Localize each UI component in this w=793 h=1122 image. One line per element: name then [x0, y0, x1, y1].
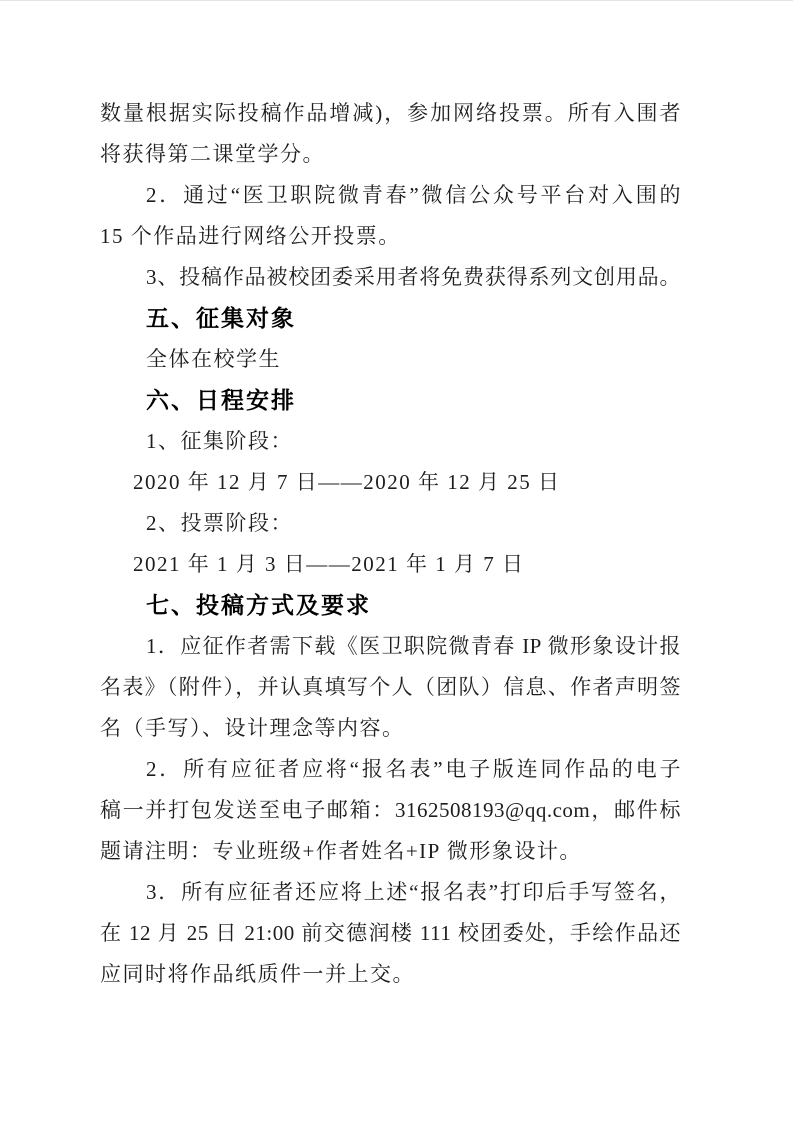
doc-line: 名（手写）、设计理念等内容。 [100, 708, 681, 749]
doc-line: 题请注明：专业班级+作者姓名+IP 微形象设计。 [100, 831, 681, 872]
doc-line-collection-phase-label: 1、征集阶段： [100, 421, 681, 462]
doc-line-item-3: 3、投稿作品被校团委采用者将免费获得系列文创用品。 [100, 257, 681, 298]
doc-line: 名表》（附件），并认真填写个人（团队）信息、作者声明签 [100, 667, 681, 708]
doc-line-deadline: 在 12 月 25 日 21:00 前交德润楼 111 校团委处，手绘作品还 [100, 913, 681, 954]
doc-line-item-2: 2．通过“医卫职院微青春”微信公众号平台对入围的 [100, 175, 681, 216]
document-page: 数量根据实际投稿作品增减)，参加网络投票。所有入围者 将获得第二课堂学分。 2．… [0, 0, 793, 1122]
doc-line: 将获得第二课堂学分。 [100, 134, 681, 175]
doc-line-requirement-3: 3．所有应征者还应将上述“报名表”打印后手写签名， [100, 872, 681, 913]
doc-line: 数量根据实际投稿作品增减)，参加网络投票。所有入围者 [100, 93, 681, 134]
section-heading-collection-target: 五、征集对象 [100, 298, 681, 339]
document-text-column: 数量根据实际投稿作品增减)，参加网络投票。所有入围者 将获得第二课堂学分。 2．… [100, 93, 681, 995]
section-heading-submission-requirements: 七、投稿方式及要求 [100, 585, 681, 626]
section-heading-schedule: 六、日程安排 [100, 380, 681, 421]
doc-line-requirement-2: 2．所有应征者应将“报名表”电子版连同作品的电子 [100, 749, 681, 790]
doc-line-voting-phase-label: 2、投票阶段： [100, 503, 681, 544]
doc-line-target-audience: 全体在校学生 [100, 339, 681, 380]
doc-line: 15 个作品进行网络公开投票。 [100, 216, 681, 257]
doc-line-requirement-1: 1．应征作者需下载《医卫职院微青春 IP 微形象设计报 [100, 626, 681, 667]
doc-line-email: 稿一并打包发送至电子邮箱：3162508193@qq.com，邮件标 [100, 790, 681, 831]
doc-line-voting-phase-dates: 2021 年 1 月 3 日——2021 年 1 月 7 日 [100, 544, 681, 585]
doc-line-collection-phase-dates: 2020 年 12 月 7 日——2020 年 12 月 25 日 [100, 462, 681, 503]
doc-line: 应同时将作品纸质件一并上交。 [100, 954, 681, 995]
